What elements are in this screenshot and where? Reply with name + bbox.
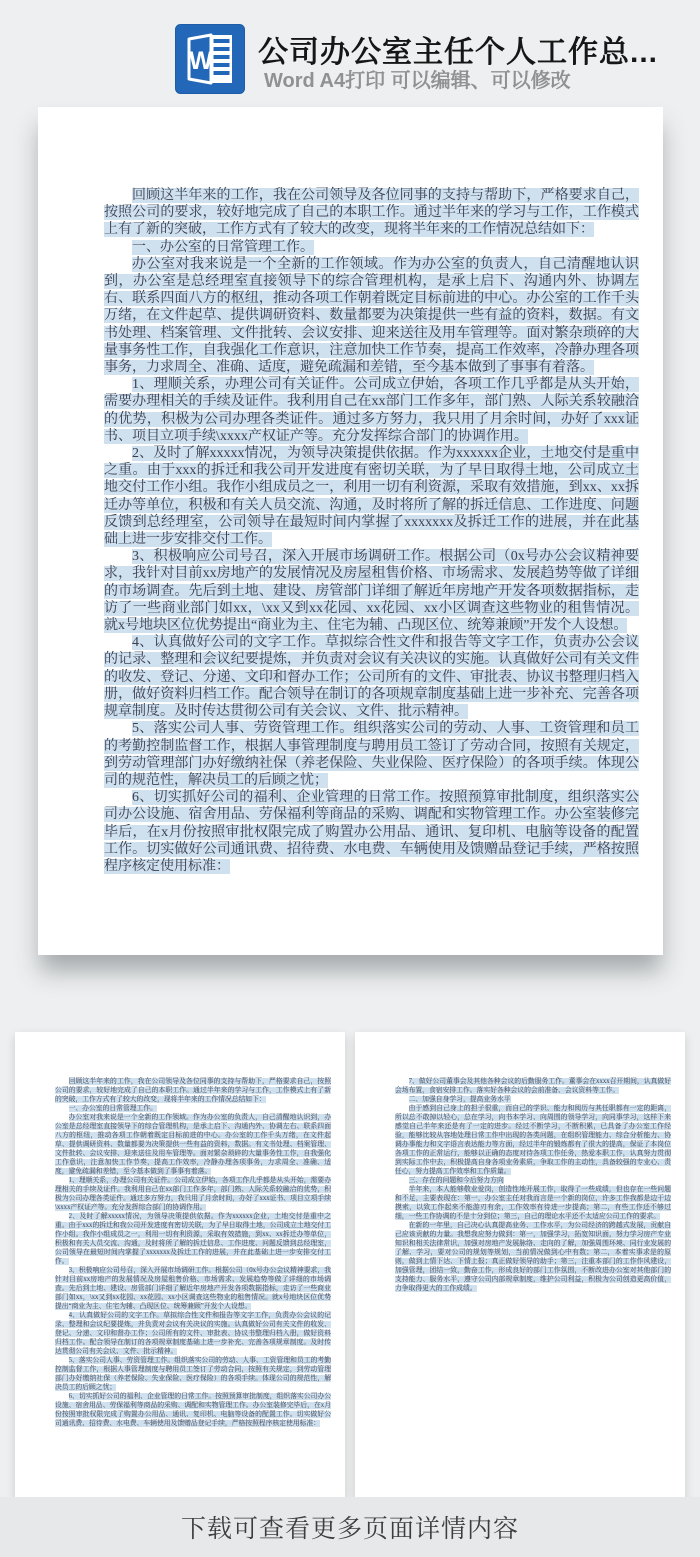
paragraph: 回顾这半年来的工作，我在公司领导及各位同事的支持与帮助下，严格要求自己，按照公司…	[104, 187, 639, 239]
paragraph: 一、办公室的日常管理工作。	[55, 1104, 331, 1113]
paragraph: 二、加强自身学习，提高业务水平	[395, 1095, 671, 1104]
paragraph: 办公室对我来说是一个全新的工作领域。作为办公室的负责人，自己清醒地认识到，办公室…	[55, 1113, 331, 1176]
paragraph: 一、办公室的日常管理工作。	[104, 239, 639, 256]
paragraph: 在新的一年里，自己决心认真提高业务、工作水平，为公司经济的跨越式发展，贡献自己应…	[395, 1221, 671, 1293]
svg-text:W: W	[189, 47, 213, 75]
paragraph: 6、切实抓好公司的福利、企业管理的日常工作。按照预算审批制度，组织落实公司办公设…	[104, 789, 639, 875]
paragraph: 三、存在的问题和今后努力方向	[395, 1176, 671, 1185]
doc-subtitle: Word A4打印 可以编辑、可以修改	[264, 64, 571, 93]
paragraph: 6、切实抓好公司的福利、企业管理的日常工作。按照预算审批制度，组织落实公司办公设…	[55, 1392, 331, 1428]
paragraph: 4、认真做好公司的文字工作。草拟综合性文件和报告等文字工作，负责办公会议的记录、…	[55, 1311, 331, 1356]
doc-header: W 公司办公室主任个人工作总... Word A4打印 可以编辑、可以修改	[0, 0, 700, 107]
paragraph: 5、落实公司人事、劳资管理工作。组织落实公司的劳动、人事、工资管理和员工的考勤控…	[104, 720, 639, 789]
paragraph: 3、积极响应公司号召，深入开展市场调研工作。根据公司（0x号办公会议精神要求，我…	[104, 548, 639, 634]
paragraph: 1、理顺关系，办理公司有关证件。公司成立伊始，各项工作几乎都是从头开始，需要办理…	[104, 376, 639, 445]
paragraph: 办公室对我来说是一个全新的工作领域。作为办公室的负责人，自己清醒地认识到，办公室…	[104, 256, 639, 376]
paragraph: 3、积极响应公司号召，深入开展市场调研工作。根据公司（0x号办公会议精神要求，我…	[55, 1266, 331, 1311]
download-hint-text: 下载可查看更多页面详情内容	[181, 1509, 519, 1545]
paragraph: 由于感到自己身上的担子很重，而自己的学识、能力和阅历与其任职都有一定的距离，所以…	[395, 1104, 671, 1176]
paragraph: 2、及时了解xxxxx情况，为领导决策提供依据。作为xxxxxx企业，土地交付是…	[104, 445, 639, 548]
page-1-thumbnail[interactable]: 回顾这半年来的工作，我在公司领导及各位同事的支持与帮助下，严格要求自己，按照公司…	[15, 1032, 345, 1499]
paragraph: 5、落实公司人事、劳资管理工作。组织落实公司的劳动、人事、工资管理和员工的考勤控…	[55, 1356, 331, 1392]
page-1-thumbnail-text: 回顾这半年来的工作，我在公司领导及各位同事的支持与帮助下，严格要求自己，按照公司…	[55, 1077, 331, 1428]
page-2-thumbnail[interactable]: 7、做好公司董事会及其他各种会议的后勤服务工作。董事会在xxxx召开期间，认真做…	[355, 1032, 685, 1499]
page-1-preview[interactable]: 回顾这半年来的工作，我在公司领导及各位同事的支持与帮助下，严格要求自己，按照公司…	[38, 107, 663, 955]
paragraph: 4、认真做好公司的文字工作。草拟综合性文件和报告等文字工作，负责办公会议的记录、…	[104, 634, 639, 720]
paragraph: 1、理顺关系，办理公司有关证件。公司成立伊始，各项工作几乎都是从头开始，需要办理…	[55, 1176, 331, 1212]
paragraph: 回顾这半年来的工作，我在公司领导及各位同事的支持与帮助下，严格要求自己，按照公司…	[55, 1077, 331, 1104]
page-1-text: 回顾这半年来的工作，我在公司领导及各位同事的支持与帮助下，严格要求自己，按照公司…	[104, 187, 639, 875]
word-file-icon: W	[175, 24, 245, 94]
paragraph: 7、做好公司董事会及其他各种会议的后勤服务工作。董事会在xxxx召开期间，认真做…	[395, 1077, 671, 1095]
download-hint-bar: 下载可查看更多页面详情内容	[0, 1497, 700, 1557]
page-2-thumbnail-text: 7、做好公司董事会及其他各种会议的后勤服务工作。董事会在xxxx召开期间，认真做…	[395, 1077, 671, 1293]
paragraph: 半年来，本人能够敬业爱岗，创造性地开展工作，取得了一些成绩，但也存在一些问题和不…	[395, 1185, 671, 1221]
paragraph: 2、及时了解xxxxx情况，为领导决策提供依据。作为xxxxxx企业，土地交付是…	[55, 1212, 331, 1266]
